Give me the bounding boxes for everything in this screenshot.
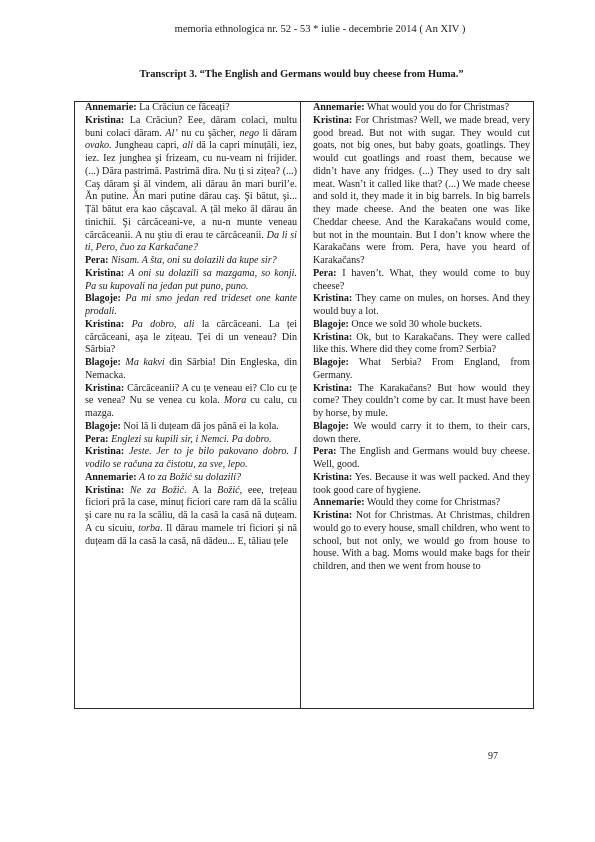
page-number: 97: [488, 751, 498, 762]
speaker-label: Kristina:: [313, 332, 352, 343]
dialogue-turn: Kristina: Jeste. Jer to je bilo pakovano…: [85, 446, 297, 472]
utterance-text: The English and Germans would buy cheese…: [313, 446, 530, 470]
speaker-label: Kristina:: [85, 446, 124, 457]
dialogue-turn: Annemarie: What would you do for Christm…: [313, 102, 530, 115]
dialogue-turn: Kristina: La Crăciun? Eee, dăram colaci,…: [85, 115, 297, 255]
dialogue-turn: Blagoje: Noi lă li duțeam dă jos până ei…: [85, 421, 297, 434]
utterance-text: Noi lă li duțeam dă jos până ei la kola.: [121, 421, 279, 432]
utterance-italic: Al’: [165, 128, 177, 139]
speaker-label: Blagoje:: [313, 319, 349, 330]
utterance-italic: A to za Božić su dolazili?: [137, 472, 242, 483]
dialogue-turn: Pera: Nisam. A šta, oni su dolazili da k…: [85, 255, 297, 268]
utterance-text: dă la capri minuțăli, iez, iez. Iez jung…: [85, 140, 297, 240]
running-header: memoria ethnologica nr. 52 - 53 * iulie …: [0, 24, 595, 35]
dialogue-turn: Annemarie: La Crăciun ce făceați?: [85, 102, 297, 115]
original-language-column: Annemarie: La Crăciun ce făceați?Kristin…: [75, 102, 301, 708]
dialogue-turn: Kristina: For Christmas? Well, we made b…: [313, 115, 530, 268]
speaker-label: Kristina:: [313, 472, 352, 483]
utterance-text: For Christmas? Well, we made bread, very…: [313, 115, 530, 266]
dialogue-turn: Blagoje: Ma kakvi din Sârbia! Din Engles…: [85, 357, 297, 383]
dialogue-turn: Kristina: Cărcăceanii? A cu țe veneau ei…: [85, 383, 297, 421]
utterance-text: La Crăciun ce făceați?: [137, 102, 230, 113]
speaker-label: Pera:: [85, 255, 109, 266]
transcript-title: Transcript 3. “The English and Germans w…: [0, 69, 595, 80]
dialogue-turn: Kristina: A oni su dolazili sa mazgama, …: [85, 268, 297, 294]
dialogue-turn: Annemarie: Would they come for Christmas…: [313, 497, 530, 510]
dialogue-turn: Blagoje: We would carry it to them, to t…: [313, 421, 530, 447]
speaker-label: Kristina:: [313, 293, 352, 304]
utterance-text: Jungheau capri,: [112, 140, 183, 151]
speaker-label: Kristina:: [85, 319, 124, 330]
transcript-table: Annemarie: La Crăciun ce făceați?Kristin…: [74, 101, 534, 709]
utterance-italic: ali: [182, 140, 193, 151]
utterance-text: nu cu şăcher,: [178, 128, 240, 139]
dialogue-turn: Kristina: Ne za Božić. A la Božić, eee, …: [85, 485, 297, 549]
utterance-italic: nego: [239, 128, 259, 139]
english-translation-column: Annemarie: What would you do for Christm…: [301, 102, 533, 708]
speaker-label: Kristina:: [85, 485, 124, 496]
speaker-label: Blagoje:: [85, 421, 121, 432]
dialogue-turn: Pera: I haven’t. What, they would come t…: [313, 268, 530, 294]
speaker-label: Annemarie:: [85, 472, 137, 483]
utterance-text: Would they come for Christmas?: [365, 497, 501, 508]
utterance-text: What would you do for Christmas?: [365, 102, 509, 113]
speaker-label: Kristina:: [313, 383, 352, 394]
speaker-label: Blagoje:: [313, 421, 349, 432]
speaker-label: Blagoje:: [85, 293, 121, 304]
utterance-text: I haven’t. What, they would come to buy …: [313, 268, 530, 292]
speaker-label: Pera:: [313, 446, 337, 457]
dialogue-turn: Blagoje: Once we sold 30 whole buckets.: [313, 319, 530, 332]
utterance-italic: torba: [138, 523, 160, 534]
dialogue-turn: Pera: The English and Germans would buy …: [313, 446, 530, 472]
utterance-text: Once we sold 30 whole buckets.: [349, 319, 482, 330]
dialogue-turn: Blagoje: Pa mi smo jedan red trideset on…: [85, 293, 297, 319]
speaker-label: Pera:: [313, 268, 337, 279]
utterance-italic: ovako.: [85, 140, 112, 151]
speaker-label: Kristina:: [313, 115, 352, 126]
dialogue-turn: Kristina: Not for Christmas. At Christma…: [313, 510, 530, 574]
speaker-label: Annemarie:: [313, 497, 365, 508]
dialogue-turn: Annemarie: A to za Božić su dolazili?: [85, 472, 297, 485]
speaker-label: Blagoje:: [85, 357, 121, 368]
speaker-label: Annemarie:: [313, 102, 365, 113]
speaker-label: Annemarie:: [85, 102, 137, 113]
speaker-label: Kristina:: [85, 268, 124, 279]
utterance-italic: Englezi su kupili sir, i Nemci. Pa dobro…: [109, 434, 272, 445]
dialogue-turn: Kristina: Pa dobro, ali la cărcăceani. L…: [85, 319, 297, 357]
utterance-italic: Ne za Božić: [124, 485, 184, 496]
speaker-label: Kristina:: [313, 510, 352, 521]
dialogue-turn: Kristina: The Karakačans? But how would …: [313, 383, 530, 421]
dialogue-turn: Kristina: They came on mules, on horses.…: [313, 293, 530, 319]
utterance-italic: Nisam. A šta, oni su dolazili da kupe si…: [109, 255, 277, 266]
speaker-label: Blagoje:: [313, 357, 349, 368]
utterance-italic: Mora: [224, 395, 246, 406]
dialogue-turn: Blagoje: What Serbia? From England, from…: [313, 357, 530, 383]
utterance-italic: Ma kakvi: [121, 357, 165, 368]
speaker-label: Kristina:: [85, 115, 124, 126]
dialogue-turn: Kristina: Yes. Because it was well packe…: [313, 472, 530, 498]
utterance-text: . A la: [184, 485, 217, 496]
utterance-italic: Božić: [217, 485, 239, 496]
utterance-italic: Pa dobro, ali: [124, 319, 194, 330]
utterance-text: li dăram: [259, 128, 297, 139]
dialogue-turn: Kristina: Ok, but to Karakačans. They we…: [313, 332, 530, 358]
speaker-label: Kristina:: [85, 383, 124, 394]
dialogue-turn: Pera: Englezi su kupili sir, i Nemci. Pa…: [85, 434, 297, 447]
speaker-label: Pera:: [85, 434, 109, 445]
